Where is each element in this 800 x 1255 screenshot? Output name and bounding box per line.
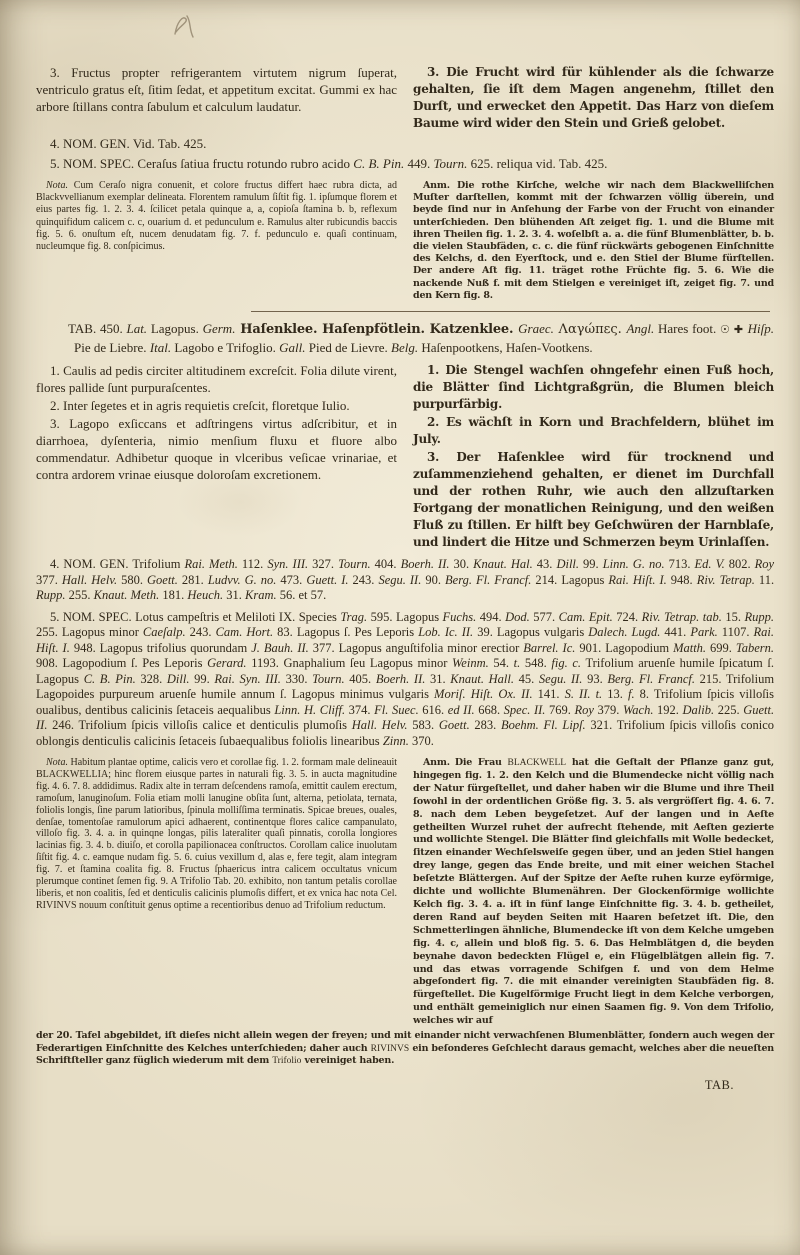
- cerasus-anm-column: Anm. Die rothe Kirſche, welche wir nach …: [413, 172, 774, 302]
- text-segment: 39. Lagopus vulgaris: [473, 625, 588, 639]
- text-segment: 214. Lagopus: [531, 573, 608, 587]
- section-divider-rule: [251, 311, 770, 312]
- lagopus-nom-spec-paragraph: 5. NOM. SPEC. Lotus campeſtris et Melilo…: [36, 610, 774, 750]
- lagopus-latin-item-2: 2. Inter ſegetes et in agris requietis c…: [36, 397, 397, 414]
- text-segment: 548.: [520, 656, 551, 670]
- text-segment: Hall. Helv.: [352, 718, 408, 732]
- text-segment: 83. Lagopus ſ. Pes Leporis: [273, 625, 418, 639]
- text-segment: 802.: [725, 557, 755, 571]
- text-segment: 330.: [281, 672, 312, 686]
- text-segment: Die Frau: [455, 757, 508, 768]
- text-segment: Ital.: [150, 340, 171, 355]
- text-segment: 948.: [667, 573, 697, 587]
- text-segment: 379.: [594, 703, 623, 717]
- text-segment: Haſenklee. Haſenpfötlein. Katzenklee.: [235, 322, 518, 337]
- cerasus-notes-row: Nota. Cum Ceraſo nigra conuenit, et colo…: [36, 172, 774, 302]
- lagopus-latin-item-3: 3. Lagopo exſiccans et adſtringens virtu…: [36, 415, 397, 483]
- text-segment: 595. Lagopus: [367, 610, 442, 624]
- text-segment: RIVINVS: [371, 1044, 410, 1054]
- text-segment: 243.: [349, 573, 379, 587]
- text-segment: Rupp.: [36, 588, 66, 602]
- text-segment: Moriſ. Hiſt. Ox. II.: [434, 687, 533, 701]
- text-segment: Goett.: [147, 573, 178, 587]
- text-segment: Angl.: [626, 321, 654, 336]
- text-segment: 90.: [421, 573, 445, 587]
- lagopus-notes-row: Nota. Habitum plantae optime, calicis ve…: [36, 749, 774, 1028]
- text-segment: 377. Lagopus anguſtifolia minor erectior: [309, 641, 523, 655]
- text-segment: 769.: [545, 703, 574, 717]
- text-segment: 377.: [36, 573, 62, 587]
- text-segment: 327.: [308, 557, 338, 571]
- cerasus-nota-column: Nota. Cum Ceraſo nigra conuenit, et colo…: [36, 172, 397, 302]
- text-segment: 246. Trifolium ſpicis villoſis calice et…: [47, 718, 351, 732]
- text-segment: Lagopus.: [147, 321, 203, 336]
- text-segment: 1193. Gnaphalium ſeu Lagopus minor: [247, 656, 452, 670]
- text-segment: 54.: [489, 656, 514, 670]
- text-segment: 99.: [189, 672, 214, 686]
- text-segment: Roy: [755, 557, 774, 571]
- text-segment: 901. Lagopodium: [575, 641, 673, 655]
- lagopus-latin-column: 1. Caulis ad pedis circiter altitudinem …: [36, 361, 397, 551]
- text-segment: 668.: [475, 703, 504, 717]
- text-segment: Fl. Suec.: [374, 703, 419, 717]
- text-segment: 699.: [706, 641, 736, 655]
- text-segment: Dill.: [167, 672, 190, 686]
- text-segment: Gall.: [279, 340, 305, 355]
- anm-label: Anm.: [423, 757, 450, 768]
- lagopus-anm-continuation: der 20. Tafel abgebildet, iſt dieſes nic…: [36, 1030, 774, 1068]
- text-segment: 11.: [755, 573, 774, 587]
- cerasus-german-paragraph: 3. Die Frucht wird für kühlender als die…: [413, 64, 774, 132]
- nota-text: Habitum plantae optime, calicis vero et …: [36, 757, 397, 911]
- nota-label: Nota.: [46, 180, 68, 191]
- text-segment: 494.: [476, 610, 505, 624]
- text-segment: Riv. Tetrap.: [697, 573, 755, 587]
- text-segment: Riv. Tetrap. tab.: [642, 610, 722, 624]
- text-segment: Boerh. II.: [376, 672, 426, 686]
- text-segment: Pie de Liebre.: [74, 340, 150, 355]
- text-segment: TAB. 450.: [68, 321, 126, 336]
- text-segment: Haſenpootkens, Haſen-Vootkens.: [418, 340, 593, 355]
- catchword: TAB.: [36, 1068, 774, 1093]
- text-segment: Rupp.: [745, 610, 775, 624]
- lagopus-german-item-1: 1. Die Stengel wachſen ohngefehr einen F…: [413, 362, 774, 413]
- text-segment: Tourn.: [338, 557, 371, 571]
- anm-label: Anm.: [423, 180, 450, 191]
- text-segment: 141.: [533, 687, 565, 701]
- cerasus-nom-gen-line: 4. NOM. GEN. Vid. Tab. 425.: [36, 135, 774, 152]
- text-segment: Wach.: [623, 703, 653, 717]
- text-segment: 31.: [425, 672, 450, 686]
- text-segment: Dod.: [505, 610, 530, 624]
- lagopus-nota-paragraph: Nota. Habitum plantae optime, calicis ve…: [36, 757, 397, 912]
- book-page: 3. Fructus propter refrigerantem virtute…: [0, 0, 800, 1255]
- text-segment: 56. et 57.: [277, 588, 327, 602]
- text-segment: 948. Lagopus trifolius quorundam: [70, 641, 251, 655]
- text-segment: Dalech. Lugd.: [588, 625, 660, 639]
- text-segment: Linn. G. no.: [603, 557, 665, 571]
- text-segment: Lat.: [126, 321, 147, 336]
- text-segment: 449.: [404, 156, 433, 171]
- lagopus-items-row: 1. Caulis ad pedis circiter altitudinem …: [36, 361, 774, 551]
- text-segment: 405.: [345, 672, 376, 686]
- cerasus-nota-paragraph: Nota. Cum Ceraſo nigra conuenit, et colo…: [36, 180, 397, 253]
- text-segment: 713.: [665, 557, 695, 571]
- text-segment: 283.: [470, 718, 501, 732]
- text-segment: Knaut. Hal.: [473, 557, 533, 571]
- anm-text: Die Frau BLACKWELL hat die Geſtalt der P…: [413, 758, 774, 1026]
- text-segment: ☉ ✚: [720, 323, 748, 336]
- text-segment: 5. NOM. SPEC. Lotus campeſtris et Melilo…: [50, 610, 340, 624]
- text-segment: 112.: [238, 557, 267, 571]
- text-segment: Segu. II.: [539, 672, 583, 686]
- text-segment: Linn. H. Cliff.: [274, 703, 345, 717]
- lagopus-latin-item-1: 1. Caulis ad pedis circiter altitudinem …: [36, 362, 397, 396]
- text-segment: 1107.: [718, 625, 754, 639]
- text-segment: Heuch.: [187, 588, 223, 602]
- lagopus-anm-column: Anm. Die Frau BLACKWELL hat die Geſtalt …: [413, 749, 774, 1028]
- text-segment: 243.: [186, 625, 216, 639]
- text-segment: Rai. Meth.: [185, 557, 238, 571]
- text-segment: fig. c.: [551, 656, 581, 670]
- text-segment: Fuchs.: [443, 610, 477, 624]
- cerasus-anm-paragraph: Anm. Die rothe Kirſche, welche wir nach …: [413, 180, 774, 302]
- text-segment: 192.: [653, 703, 682, 717]
- text-segment: Cam. Epit.: [559, 610, 613, 624]
- text-segment: Tourn.: [433, 156, 467, 171]
- text-segment: Park.: [690, 625, 717, 639]
- text-segment: S. II. t.: [565, 687, 603, 701]
- text-segment: 577.: [530, 610, 559, 624]
- text-segment: Cam. Hort.: [216, 625, 274, 639]
- tab-450-heading: TAB. 450. Lat. Lagopus. Germ. Haſenklee.…: [36, 320, 774, 356]
- text-segment: 374.: [345, 703, 374, 717]
- cerasus-latin-column: 3. Fructus propter refrigerantem virtute…: [36, 64, 397, 132]
- text-segment: 13.: [602, 687, 628, 701]
- text-segment: 31.: [223, 588, 245, 602]
- nota-text: Cum Ceraſo nigra conuenit, et colore fru…: [36, 180, 397, 252]
- text-segment: 255.: [66, 588, 94, 602]
- text-segment: Spec. II.: [504, 703, 546, 717]
- text-segment: Hiſp.: [748, 321, 774, 336]
- text-segment: Guett. I.: [306, 573, 348, 587]
- text-segment: Ludvv. G. no.: [208, 573, 277, 587]
- text-segment: ed II.: [448, 703, 475, 717]
- text-segment: 580.: [117, 573, 147, 587]
- text-segment: 93.: [582, 672, 607, 686]
- lagopus-nom-gen-paragraph: 4. NOM. GEN. Trifolium Rai. Meth. 112. S…: [36, 557, 774, 604]
- text-segment: Weinm.: [452, 656, 489, 670]
- text-segment: Segu. II.: [378, 573, 421, 587]
- text-segment: Gerard.: [207, 656, 246, 670]
- text-segment: 908. Lagopodium ſ. Pes Leporis: [36, 656, 207, 670]
- lagopus-german-item-3: 3. Der Haſenklee wird für trocknend und …: [413, 449, 774, 551]
- text-segment: Rai. Syn. III.: [214, 672, 281, 686]
- lagopus-german-column: 1. Die Stengel wachſen ohngefehr einen F…: [413, 361, 774, 551]
- text-segment: Germ.: [203, 321, 236, 336]
- anm-text: Die rothe Kirſche, welche wir nach dem B…: [413, 180, 774, 301]
- text-segment: Matth.: [673, 641, 706, 655]
- text-segment: 15.: [722, 610, 745, 624]
- text-segment: 181.: [159, 588, 187, 602]
- text-segment: 43.: [533, 557, 557, 571]
- text-segment: 370.: [409, 734, 434, 748]
- text-segment: Knaut. Meth.: [94, 588, 160, 602]
- text-segment: 225.: [714, 703, 743, 717]
- text-segment: Trag.: [340, 610, 367, 624]
- text-segment: Lob. Ic. II.: [418, 625, 473, 639]
- cerasus-paragraph-row: 3. Fructus propter refrigerantem virtute…: [36, 64, 774, 132]
- text-segment: Tabern.: [736, 641, 774, 655]
- text-segment: 473.: [276, 573, 306, 587]
- text-segment: 328.: [136, 672, 167, 686]
- text-segment: Syn. III.: [267, 557, 308, 571]
- text-segment: Belg.: [391, 340, 418, 355]
- text-segment: Graec.: [518, 321, 554, 336]
- text-segment: Goett.: [439, 718, 470, 732]
- lagopus-anm-paragraph: Anm. Die Frau BLACKWELL hat die Geſtalt …: [413, 757, 774, 1028]
- text-segment: Kram.: [245, 588, 277, 602]
- text-segment: Roy: [575, 703, 594, 717]
- text-segment: 255. Lagopus minor: [36, 625, 143, 639]
- text-segment: 5. NOM. SPEC. Ceraſus ſatiua fructu rotu…: [50, 156, 353, 171]
- text-segment: Zinn.: [383, 734, 409, 748]
- text-segment: Boehm. Fl. Lipſ.: [501, 718, 586, 732]
- text-segment: 281.: [178, 573, 208, 587]
- handwritten-ink-mark: [168, 12, 202, 42]
- text-segment: Hares foot.: [654, 321, 720, 336]
- cerasus-latin-paragraph: 3. Fructus propter refrigerantem virtute…: [36, 64, 397, 115]
- text-segment: f.: [628, 687, 635, 701]
- cerasus-german-column: 3. Die Frucht wird für kühlender als die…: [413, 64, 774, 132]
- text-segment: Dill.: [556, 557, 579, 571]
- cerasus-nom-spec-line: 5. NOM. SPEC. Ceraſus ſatiua fructu rotu…: [36, 155, 774, 172]
- text-segment: Rai. Hiſt. I.: [608, 573, 666, 587]
- text-segment: Knaut. Hall.: [450, 672, 514, 686]
- text-segment: 99.: [579, 557, 603, 571]
- text-segment: Boerh. II.: [401, 557, 450, 571]
- lagopus-german-item-2: 2. Es wächſt in Korn und Brachfeldern, b…: [413, 414, 774, 448]
- text-segment: 583.: [408, 718, 439, 732]
- text-segment: Caeſalp.: [143, 625, 186, 639]
- text-segment: Tourn.: [312, 672, 345, 686]
- text-segment: 616.: [419, 703, 448, 717]
- text-segment: Barrel. Ic.: [523, 641, 575, 655]
- text-segment: 404.: [371, 557, 401, 571]
- page-content: 3. Fructus propter refrigerantem virtute…: [0, 0, 800, 1093]
- nota-label: Nota.: [46, 757, 68, 768]
- text-segment: C. B. Pin.: [353, 156, 404, 171]
- lagopus-nota-column: Nota. Habitum plantae optime, calicis ve…: [36, 749, 397, 1028]
- text-segment: J. Bauh. II.: [251, 641, 309, 655]
- text-segment: Hall. Helv.: [62, 573, 117, 587]
- text-segment: vereiniget haben.: [301, 1055, 394, 1066]
- text-segment: Lagobo e Trifoglio.: [171, 340, 279, 355]
- text-segment: C. B. Pin.: [84, 672, 136, 686]
- text-segment: Dalib.: [683, 703, 715, 717]
- text-segment: 4. NOM. GEN. Trifolium: [50, 557, 185, 571]
- text-segment: 45.: [514, 672, 539, 686]
- text-segment: Pied de Lievre.: [305, 340, 391, 355]
- text-segment: 724.: [613, 610, 642, 624]
- text-segment: Berg. Fl. Francf.: [607, 672, 695, 686]
- text-segment: Berg. Fl. Francf.: [445, 573, 531, 587]
- text-segment: BLACKWELL: [508, 758, 567, 768]
- text-segment: 441.: [660, 625, 690, 639]
- text-segment: hat die Geſtalt der Pflanze ganz gut, hi…: [413, 757, 774, 1026]
- text-segment: Ed. V.: [695, 557, 725, 571]
- text-segment: Λαγώπες.: [554, 322, 627, 337]
- text-segment: Trifolio: [272, 1056, 301, 1066]
- text-segment: 625. reliqua vid. Tab. 425.: [467, 156, 607, 171]
- text-segment: 30.: [449, 557, 473, 571]
